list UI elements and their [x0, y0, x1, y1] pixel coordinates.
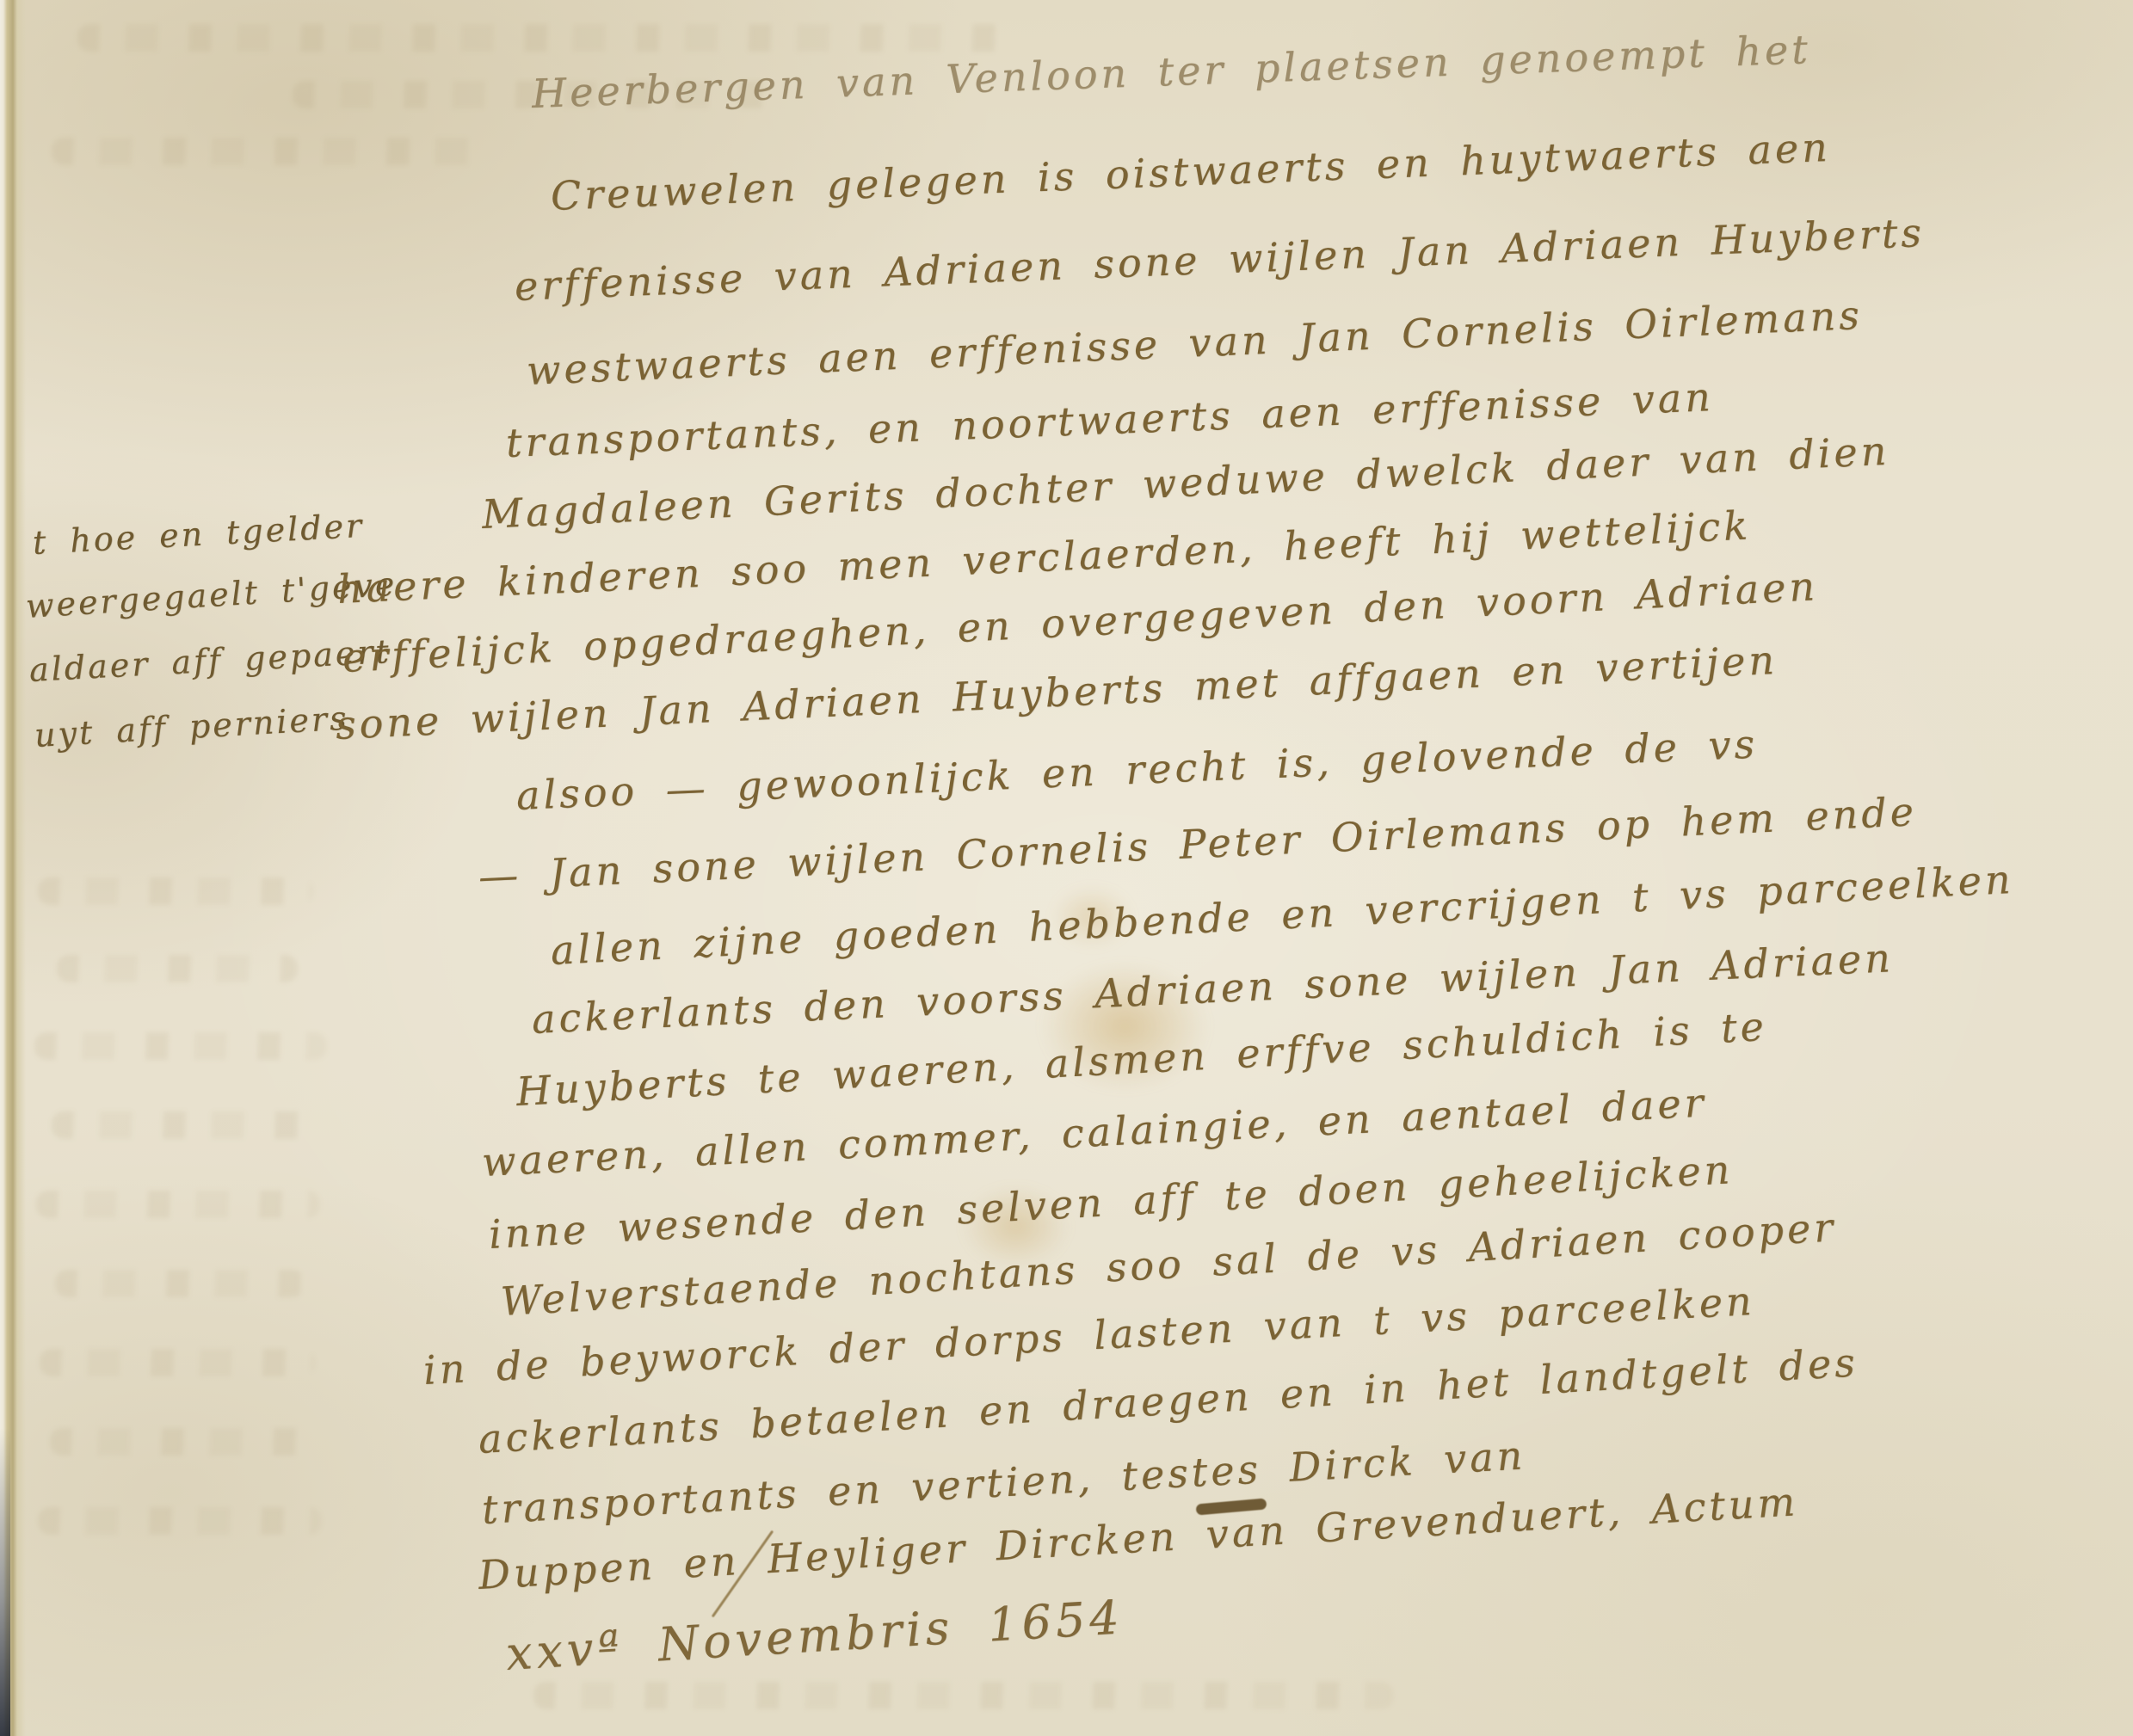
bleed-through-marks	[52, 1111, 310, 1139]
date-line: xxvª Novembris 1654	[504, 1594, 1125, 1678]
bleed-through-marks	[533, 1682, 1394, 1709]
bleed-through-marks	[38, 1507, 322, 1535]
bleed-through-marks	[36, 1191, 320, 1218]
bleed-through-marks	[40, 1349, 315, 1376]
margin-note-line: aldaer aff gepaert	[28, 635, 392, 686]
manuscript-line: alsoo — gewoonlijck en recht is, geloven…	[515, 724, 1759, 816]
margin-note-line: uyt aff perniers	[34, 702, 349, 752]
bleed-through-marks	[55, 1270, 305, 1297]
bleed-through-marks	[52, 138, 482, 165]
margin-note-line: t hoe en tgelder	[32, 509, 365, 559]
bleed-through-marks	[34, 1032, 327, 1060]
binding-shadow	[0, 1428, 10, 1736]
bleed-through-marks	[57, 955, 298, 982]
bleed-through-marks	[50, 1428, 308, 1456]
bleed-through-marks	[77, 24, 1007, 52]
manuscript-line: erffenisse van Adriaen sone wijlen Jan A…	[514, 212, 1926, 306]
bleed-through-marks	[38, 877, 313, 905]
manuscript-line: Creuwelen gelegen is oistwaerts en huytw…	[550, 127, 1831, 216]
manuscript-page: t hoe en tgelder weergegaelt t'geve alda…	[0, 0, 2133, 1736]
